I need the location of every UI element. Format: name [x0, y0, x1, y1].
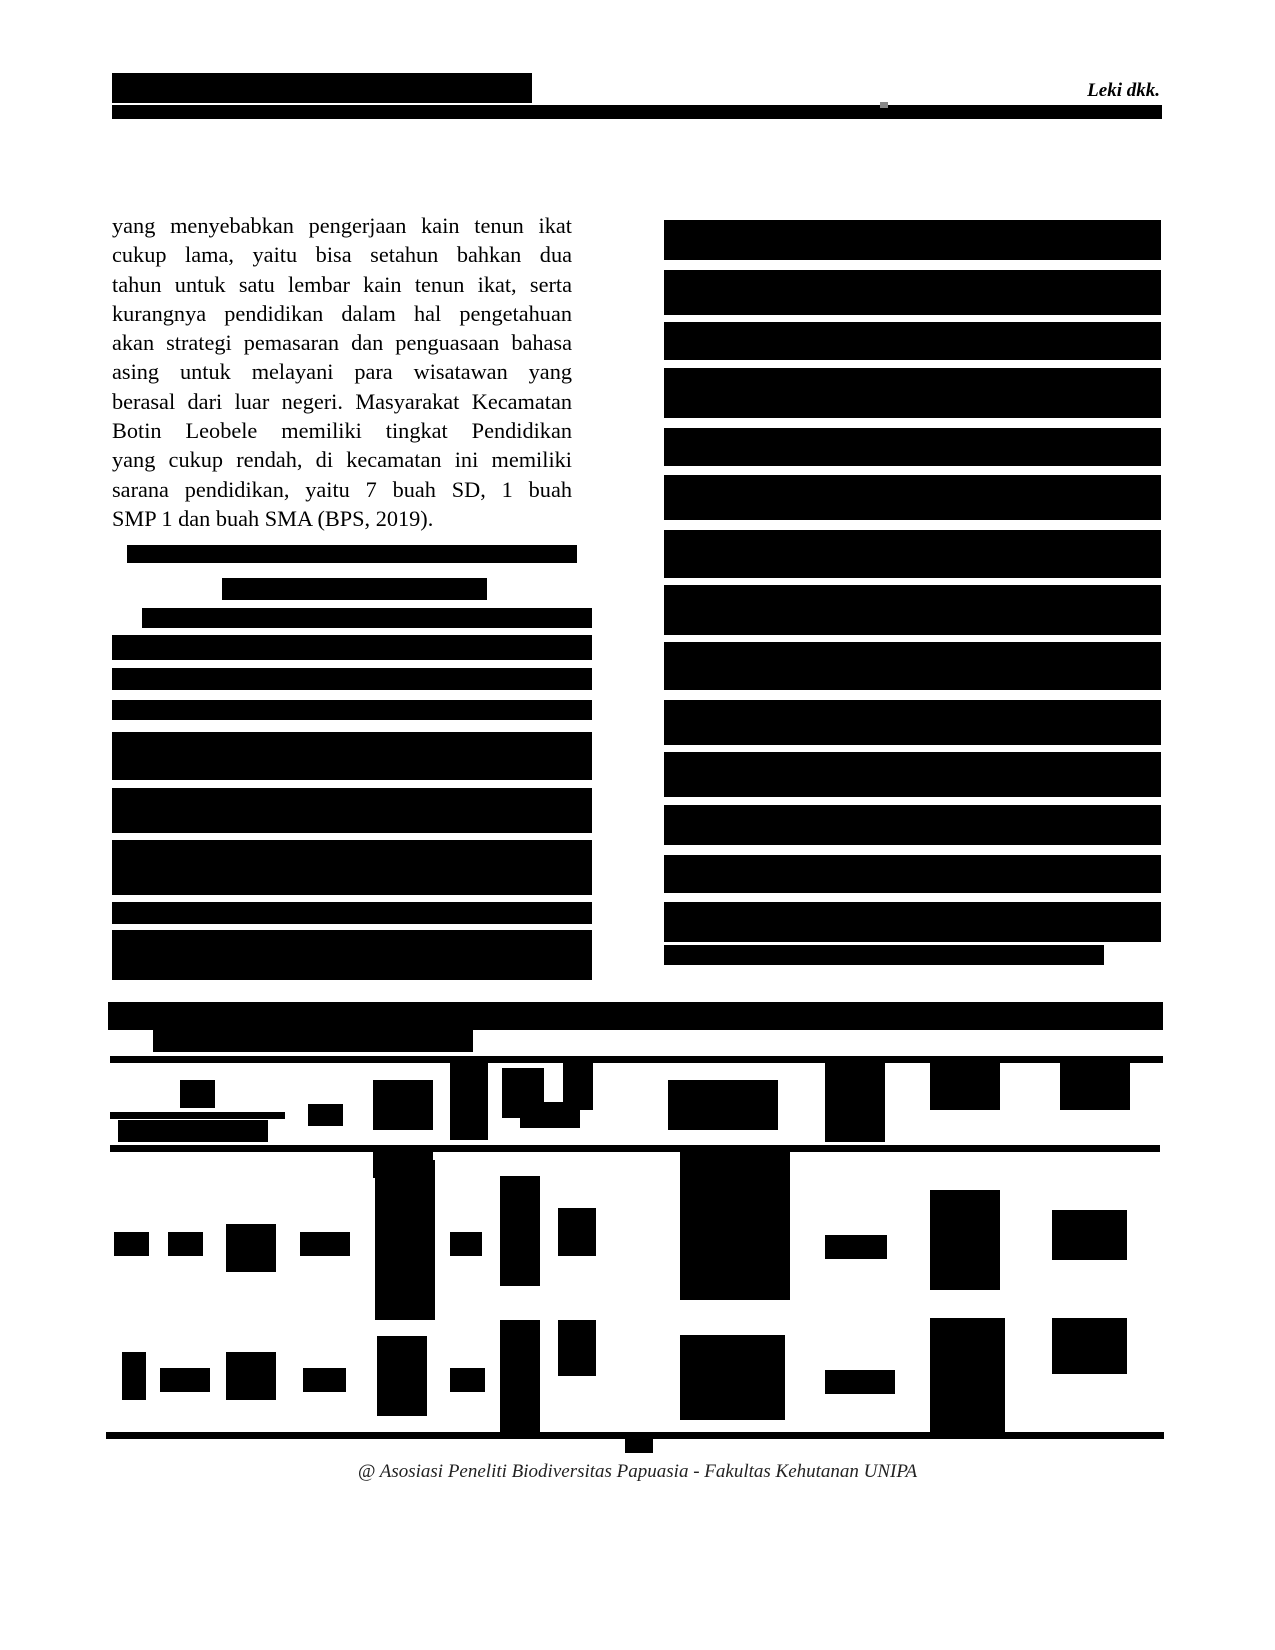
table-cell: [114, 1232, 149, 1256]
table-cell: [680, 1335, 785, 1420]
body-line: asing untuk melayani para wisatawan yang: [112, 357, 572, 386]
table-header-cell: [668, 1080, 778, 1130]
body-line: yang cukup rendah, di kecamatan ini memi…: [112, 445, 572, 474]
body-line: tahun untuk satu lembar kain tenun ikat,…: [112, 270, 572, 299]
table-header-cell: [373, 1080, 433, 1130]
header-rule: [112, 105, 1162, 119]
table-cell: [1052, 1210, 1127, 1260]
table-cell: [930, 1190, 1000, 1290]
table-cell: [375, 1160, 435, 1320]
body-line: berasal dari luar negeri. Masyarakat Kec…: [112, 387, 572, 416]
table-cell: [500, 1320, 540, 1432]
table-cell: [122, 1352, 146, 1400]
table-cell: [450, 1232, 482, 1256]
table-cell: [160, 1368, 210, 1392]
table-cell: [500, 1176, 540, 1286]
table-top-rule: [110, 1056, 1163, 1063]
body-paragraph: yang menyebabkan pengerjaan kain tenun i…: [112, 211, 572, 533]
table-cell: [825, 1235, 887, 1259]
journal-title-redacted: [112, 73, 532, 103]
table-cell: [558, 1208, 596, 1256]
table-cell: [558, 1320, 596, 1376]
table-header-cell: [450, 1062, 488, 1140]
body-line: Botin Leobele memiliki tingkat Pendidika…: [112, 416, 572, 445]
body-line: yang menyebabkan pengerjaan kain tenun i…: [112, 211, 572, 240]
right-redacted-section: [664, 210, 1161, 970]
left-redacted-section: [112, 540, 592, 980]
table-cell: [377, 1336, 427, 1416]
page-number-redacted: [625, 1437, 653, 1453]
table-subheader-rule: [110, 1112, 285, 1119]
body-line: cukup lama, yaitu bisa setahun bahkan du…: [112, 240, 572, 269]
table-cell: [226, 1224, 276, 1272]
table-header-cell: [180, 1080, 215, 1108]
table-header-cell: [930, 1062, 1000, 1110]
table-cell: [168, 1232, 203, 1256]
body-line: akan strategi pemasaran dan penguasaan b…: [112, 328, 572, 357]
table-header-rule: [110, 1145, 1160, 1152]
table-cell: [303, 1368, 346, 1392]
table-caption-redacted: [108, 1002, 1163, 1054]
table-header-cell: [308, 1104, 343, 1126]
body-line: SMP 1 dan buah SMA (BPS, 2019).: [112, 504, 572, 533]
table-cell: [300, 1232, 350, 1256]
table-cell: [930, 1318, 1005, 1433]
table-header-cell: [825, 1062, 885, 1142]
table-cell: [450, 1368, 485, 1392]
table-header-cell: [520, 1102, 580, 1128]
running-head: Leki dkk.: [1087, 80, 1160, 102]
footer-copyright: @ Asosiasi Peneliti Biodiversitas Papuas…: [0, 1461, 1275, 1483]
table-header-cell: [118, 1120, 268, 1142]
table-cell: [680, 1150, 790, 1300]
header-rule-mark: [880, 102, 888, 108]
table-cell: [1052, 1318, 1127, 1374]
table-cell: [226, 1352, 276, 1400]
table-cell: [825, 1370, 895, 1394]
body-line: kurangnya pendidikan dalam hal pengetahu…: [112, 299, 572, 328]
body-line: sarana pendidikan, yaitu 7 buah SD, 1 bu…: [112, 475, 572, 504]
table-header-cell: [1060, 1062, 1130, 1110]
